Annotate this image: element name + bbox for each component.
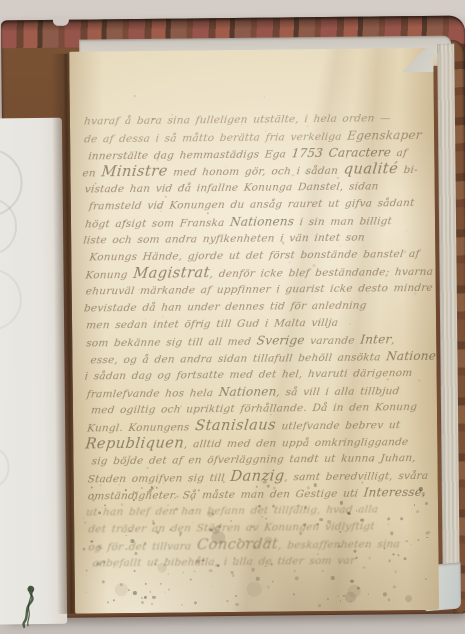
- foxing-speck: [425, 578, 427, 580]
- bookmark-thread: [17, 582, 51, 628]
- foxing-speck: [232, 574, 235, 577]
- foxing-speck: [343, 595, 345, 597]
- foxing-speck: [327, 598, 329, 600]
- foxing-speck: [231, 571, 234, 574]
- foxing-speck: [272, 580, 274, 582]
- foxing-speck: [263, 96, 264, 97]
- foxing-speck: [349, 588, 350, 589]
- foxing-speck: [168, 574, 169, 575]
- handwriting-line: anbefallt ut bibehålla, i alla de tider …: [92, 552, 430, 573]
- foxing-speck: [337, 596, 339, 598]
- foxing-speck: [128, 589, 130, 591]
- foxing-speck: [235, 603, 239, 607]
- foxing-speck: [151, 603, 153, 605]
- foxing-speck: [256, 577, 260, 581]
- foxing-speck: [405, 595, 412, 602]
- foxing-speck: [86, 592, 88, 594]
- foxing-speck: [339, 600, 341, 602]
- foxing-speck: [133, 591, 137, 595]
- book: hvaraf å bara sina fulleligen utstälte, …: [0, 10, 465, 623]
- foxing-speck: [182, 572, 184, 574]
- pencil-swirl: [0, 268, 22, 331]
- foxing-speck: [115, 583, 128, 596]
- photo-backdrop: hvaraf å bara sina fulleligen utstälte, …: [0, 0, 465, 634]
- foxing-speck: [84, 521, 86, 523]
- foxing-speck: [149, 591, 151, 593]
- foxing-speck: [247, 582, 262, 597]
- foxing-speck: [133, 95, 135, 97]
- foxing-speck: [152, 596, 155, 599]
- foxing-speck: [141, 597, 143, 599]
- foxing-speck: [318, 604, 322, 608]
- foxing-speck: [331, 576, 334, 579]
- foxing-speck: [144, 583, 146, 585]
- foxing-speck: [190, 578, 192, 580]
- manuscript-page: hvaraf å bara sina fulleligen utstälte, …: [69, 48, 439, 614]
- foxing-speck: [107, 601, 109, 603]
- foxing-speck: [212, 586, 213, 587]
- foxing-speck: [165, 591, 166, 592]
- foxing-speck: [388, 599, 390, 601]
- foxing-speck: [370, 69, 372, 71]
- pencil-swirl: [0, 198, 17, 255]
- foxing-speck: [350, 579, 354, 583]
- foxing-speck: [235, 595, 237, 597]
- foxing-speck: [159, 583, 161, 585]
- foxing-speck: [144, 596, 147, 599]
- foxing-speck: [226, 600, 229, 603]
- foxing-speck: [83, 517, 84, 518]
- foxing-speck: [345, 591, 356, 602]
- handwriting-text: hvaraf å bara sina fulleligen utstälte, …: [83, 110, 428, 573]
- foxing-speck: [102, 580, 106, 584]
- foxing-speck: [351, 580, 354, 583]
- foxing-speck: [395, 571, 397, 573]
- foxing-speck: [383, 593, 387, 597]
- foxing-speck: [168, 589, 170, 591]
- foxing-speck: [120, 583, 124, 587]
- foxing-speck: [350, 600, 352, 602]
- foxing-speck: [83, 547, 86, 550]
- pencil-swirl: [0, 448, 10, 486]
- foxing-speck: [181, 604, 183, 606]
- foxing-speck: [357, 587, 360, 590]
- foxing-speck: [141, 600, 144, 603]
- page-corner-fold: [397, 48, 437, 72]
- cover-wear-notch: [53, 17, 69, 26]
- foxing-speck: [267, 585, 270, 588]
- foxing-speck: [348, 585, 361, 598]
- foxing-speck: [143, 89, 144, 90]
- foxing-speck: [194, 601, 197, 604]
- foxing-speck: [113, 599, 115, 601]
- foxing-speck: [367, 594, 368, 595]
- foxing-speck: [321, 570, 323, 572]
- foxing-speck: [393, 586, 396, 589]
- foxing-speck: [295, 577, 299, 581]
- foxing-speck: [293, 593, 295, 595]
